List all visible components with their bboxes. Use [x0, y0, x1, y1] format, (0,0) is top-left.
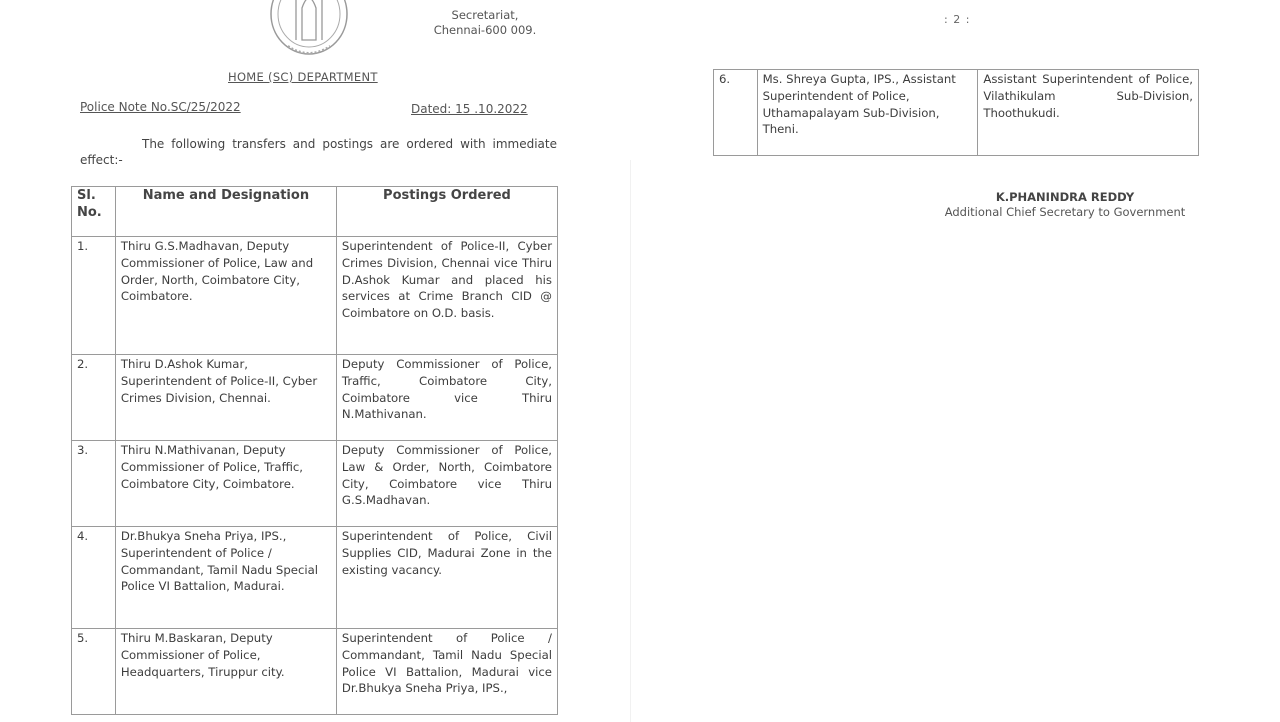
table-row: 6.Ms. Shreya Gupta, IPS., Assistant Supe… — [714, 70, 1199, 156]
table-row: 2.Thiru D.Ashok Kumar, Superintendent of… — [72, 355, 558, 441]
date: Dated: 15 .10.2022 — [411, 102, 528, 116]
address-line: Chennai-600 009. — [405, 23, 565, 38]
header-name-designation: Name and Designation — [115, 187, 336, 237]
posting-ordered: Superintendent of Police-II, Cyber Crime… — [336, 237, 557, 355]
page-divider — [630, 160, 631, 722]
page-number: : 2 : — [944, 13, 970, 26]
sl-number: 4. — [72, 527, 116, 629]
name-designation: Thiru N.Mathivanan, Deputy Commissioner … — [115, 441, 336, 527]
address-line: Secretariat, — [405, 8, 565, 23]
name-designation: Thiru D.Ashok Kumar, Superintendent of P… — [115, 355, 336, 441]
table-row: 4.Dr.Bhukya Sneha Priya, IPS., Superinte… — [72, 527, 558, 629]
posting-ordered: Assistant Superintendent of Police, Vila… — [978, 70, 1199, 156]
signatory-designation: Additional Chief Secretary to Government — [930, 205, 1200, 220]
state-emblem-icon — [268, 0, 350, 58]
sl-number: 1. — [72, 237, 116, 355]
transfer-table: Sl. No. Name and Designation Postings Or… — [71, 186, 558, 715]
signatory: K.PHANINDRA REDDY Additional Chief Secre… — [930, 190, 1200, 220]
sl-number: 3. — [72, 441, 116, 527]
sl-number: 6. — [714, 70, 758, 156]
intro-text: The following transfers and postings are… — [80, 137, 557, 167]
sl-number: 5. — [72, 629, 116, 715]
name-designation: Thiru M.Baskaran, Deputy Commissioner of… — [115, 629, 336, 715]
name-designation: Ms. Shreya Gupta, IPS., Assistant Superi… — [757, 70, 978, 156]
header-postings-ordered: Postings Ordered — [336, 187, 557, 237]
posting-ordered: Superintendent of Police / Commandant, T… — [336, 629, 557, 715]
posting-ordered: Deputy Commissioner of Police, Law & Ord… — [336, 441, 557, 527]
posting-ordered: Deputy Commissioner of Police, Traffic, … — [336, 355, 557, 441]
table-row: 3.Thiru N.Mathivanan, Deputy Commissione… — [72, 441, 558, 527]
intro-paragraph: The following transfers and postings are… — [80, 136, 557, 168]
table-header-row: Sl. No. Name and Designation Postings Or… — [72, 187, 558, 237]
table-row: 1.Thiru G.S.Madhavan, Deputy Commissione… — [72, 237, 558, 355]
name-designation: Thiru G.S.Madhavan, Deputy Commissioner … — [115, 237, 336, 355]
department-title: HOME (SC) DEPARTMENT — [228, 70, 378, 84]
table-row: 5.Thiru M.Baskaran, Deputy Commissioner … — [72, 629, 558, 715]
signatory-name: K.PHANINDRA REDDY — [930, 190, 1200, 205]
transfer-table-continued: 6.Ms. Shreya Gupta, IPS., Assistant Supe… — [713, 69, 1199, 156]
posting-ordered: Superintendent of Police, Civil Supplies… — [336, 527, 557, 629]
sl-number: 2. — [72, 355, 116, 441]
header-sl-no: Sl. No. — [72, 187, 116, 237]
name-designation: Dr.Bhukya Sneha Priya, IPS., Superintend… — [115, 527, 336, 629]
note-number: Police Note No.SC/25/2022 — [80, 100, 241, 114]
address: Secretariat, Chennai-600 009. — [405, 8, 565, 38]
